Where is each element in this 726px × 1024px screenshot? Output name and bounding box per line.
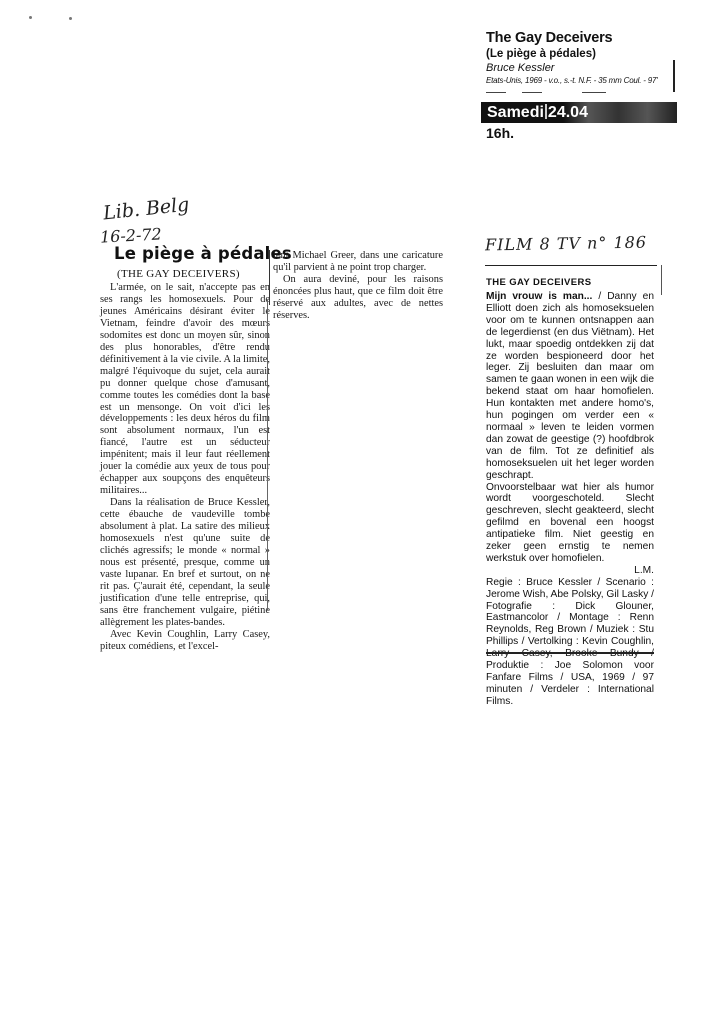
review-body-2: Onvoorstelbaar wat hier als humor wordt … xyxy=(486,482,654,565)
dutch-title: THE GAY DECEIVERS xyxy=(486,277,592,288)
french-subhead: (THE GAY DECEIVERS) xyxy=(117,268,240,280)
french-paragraph: On aura deviné, pour les raisons énoncée… xyxy=(273,274,443,322)
listing-dashes xyxy=(486,90,686,96)
side-rule xyxy=(661,265,662,295)
bottom-rule xyxy=(486,652,654,654)
date-banner: Samedi24.04 xyxy=(481,102,677,123)
review-lead: Mijn vrouw is man... xyxy=(486,291,592,302)
handwritten-reference: FILM 8 TV n° 186 xyxy=(485,233,647,255)
top-rule xyxy=(485,265,657,266)
french-paragraph: Avec Kevin Coughlin, Larry Casey, piteux… xyxy=(100,629,270,653)
review-signature: L.M. xyxy=(634,565,654,577)
column-edge xyxy=(267,300,268,610)
cinema-listing: The Gay Deceivers (Le piège à pédales) B… xyxy=(486,30,686,96)
listing-title: The Gay Deceivers xyxy=(486,30,686,47)
film-credits: Regie : Bruce Kessler / Scenario : Jerom… xyxy=(486,577,654,708)
french-paragraph: L'armée, on le sait, n'accepte pas en se… xyxy=(100,282,270,497)
listing-subtitle: (Le piège à pédales) xyxy=(486,47,686,61)
date-day: Samedi xyxy=(487,104,544,121)
listing-meta: Etats-Unis, 1969 - v.o., s.-t. N.F. - 35… xyxy=(486,75,686,87)
french-headline: Le piège à pédales xyxy=(114,244,292,263)
french-paragraph: Dans la réalisation de Bruce Kessler, ce… xyxy=(100,497,270,628)
date-value: 24.04 xyxy=(548,104,588,121)
review-body-1: / Danny en Elliott doen zich als homosek… xyxy=(486,291,654,481)
scan-speck xyxy=(69,17,72,20)
scan-speck xyxy=(29,16,32,19)
dutch-review: Mijn vrouw is man... / Danny en Elliott … xyxy=(486,291,654,708)
column-divider xyxy=(269,250,270,305)
handwritten-source: Lib. Belg xyxy=(102,194,190,225)
screening-time: 16h. xyxy=(486,125,514,141)
french-column-1: L'armée, on le sait, n'accepte pas en se… xyxy=(100,282,270,653)
listing-divider xyxy=(673,60,675,92)
french-paragraph: lent Michael Greer, dans une caricature … xyxy=(273,250,443,274)
listing-director: Bruce Kessler xyxy=(486,61,686,75)
french-column-2: lent Michael Greer, dans une caricature … xyxy=(273,250,443,322)
